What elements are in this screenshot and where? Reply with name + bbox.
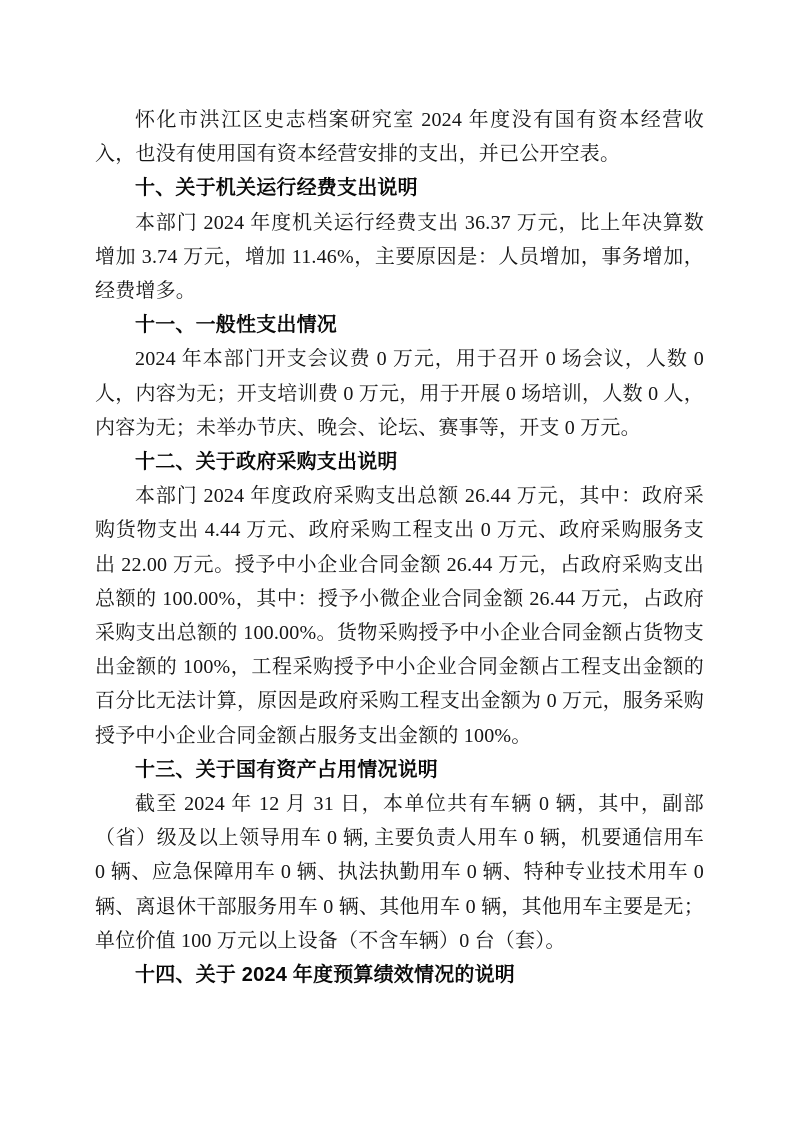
body-paragraph: 怀化市洪江区史志档案研究室 2024 年度没有国有资本经营收入，也没有使用国有资… [95,103,704,171]
section-heading: 十二、关于政府采购支出说明 [95,445,704,479]
document-body: 怀化市洪江区史志档案研究室 2024 年度没有国有资本经营收入，也没有使用国有资… [95,103,704,992]
section-heading: 十一、一般性支出情况 [95,308,704,342]
section-heading: 十三、关于国有资产占用情况说明 [95,753,704,787]
body-paragraph: 本部门 2024 年度政府采购支出总额 26.44 万元，其中：政府采购货物支出… [95,479,704,753]
section-heading: 十四、关于 2024 年度预算绩效情况的说明 [95,958,704,992]
body-paragraph: 本部门 2024 年度机关运行经费支出 36.37 万元，比上年决算数增加 3.… [95,206,704,309]
body-paragraph: 2024 年本部门开支会议费 0 万元，用于召开 0 场会议，人数 0 人，内容… [95,342,704,445]
document-page: 怀化市洪江区史志档案研究室 2024 年度没有国有资本经营收入，也没有使用国有资… [0,0,793,1122]
section-heading: 十、关于机关运行经费支出说明 [95,171,704,205]
body-paragraph: 截至 2024 年 12 月 31 日，本单位共有车辆 0 辆，其中，副部（省）… [95,787,704,958]
